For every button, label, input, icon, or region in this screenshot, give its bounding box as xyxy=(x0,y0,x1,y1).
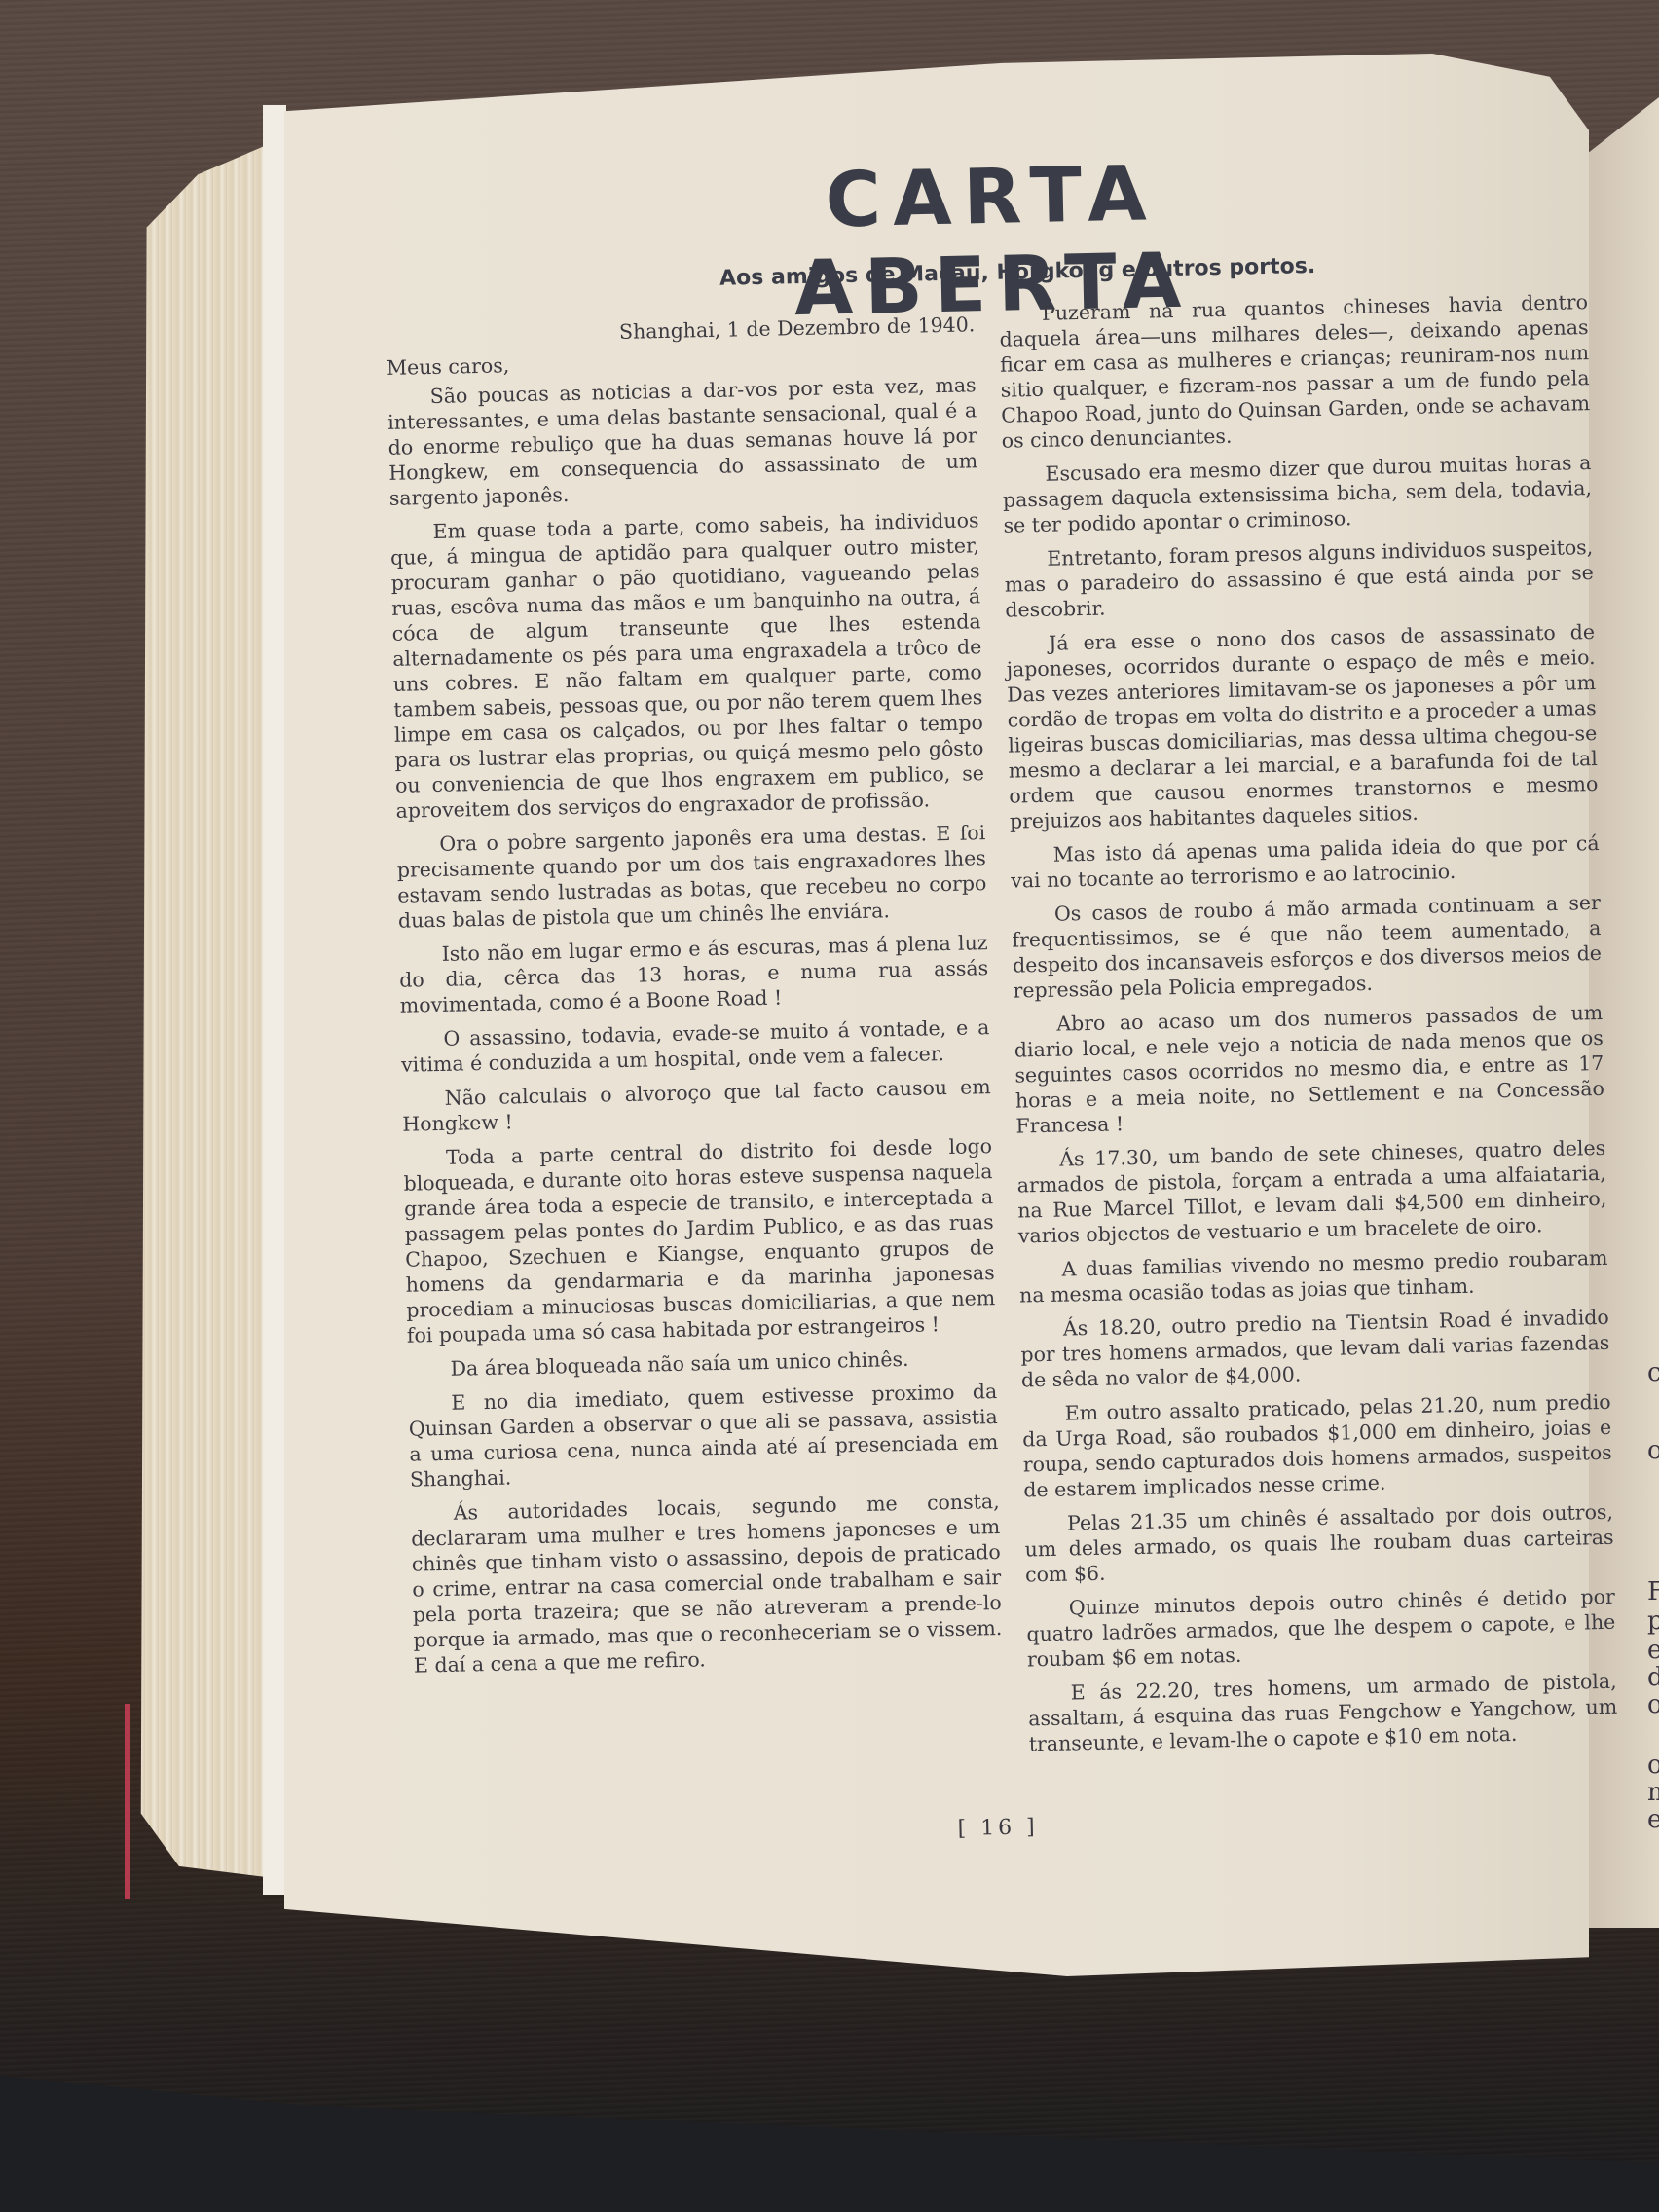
paragraph: Ás 18.20, outro predio na Tientsin Road … xyxy=(1020,1305,1611,1393)
paragraph: A duas familias vivendo no mesmo predio … xyxy=(1018,1245,1608,1309)
paragraph: E no dia imediato, quem estivesse proxim… xyxy=(408,1379,999,1493)
article: CARTA ABERTA Aos amigos de Macau, Horgko… xyxy=(382,114,1625,1872)
facing-page-fragment: o xyxy=(1647,1436,1659,1465)
paragraph: Abro ao acaso um dos numeros passados de… xyxy=(1014,1000,1605,1139)
facing-page-fragment: c xyxy=(1647,1358,1659,1387)
facing-page-fragment: d xyxy=(1647,1663,1659,1692)
facing-page-fragment: ob xyxy=(1647,1751,1659,1780)
paragraph: São poucas as noticias a dar-vos por est… xyxy=(387,372,978,511)
paragraph: Mas isto dá apenas uma palida ideia do q… xyxy=(1010,830,1600,894)
page-number: [ 16 ] xyxy=(957,1815,1039,1841)
paragraph: Ás 17.30, um bando de sete chineses, qua… xyxy=(1016,1135,1607,1249)
paragraph: O assassino, todavia, evade-se muito á v… xyxy=(400,1014,990,1078)
right-column: Puzeram na rua quantos chineses havia de… xyxy=(999,289,1618,1765)
paragraph: Em quase toda a parte, como sabeis, ha i… xyxy=(389,507,984,824)
facing-page-fragment: os xyxy=(1647,1690,1659,1719)
paragraph: Puzeram na rua quantos chineses havia de… xyxy=(999,289,1591,454)
left-column: Shanghai, 1 de Dezembro de 1940. Meus ca… xyxy=(386,312,1003,1686)
paragraph: Ás autoridades locais, segundo me consta… xyxy=(410,1489,1003,1678)
facing-page-fragment: en xyxy=(1647,1805,1659,1834)
paragraph: Em outro assalto praticado, pelas 21.20,… xyxy=(1021,1389,1612,1503)
facing-page-fragment: p xyxy=(1647,1606,1659,1636)
paragraph: Entretanto, foram presos alguns individu… xyxy=(1004,535,1595,623)
paragraph: Da área bloqueada não saía um unico chin… xyxy=(407,1345,996,1382)
paragraph: Já era esse o nono dos casos de assassin… xyxy=(1006,619,1599,834)
paragraph: Isto não em lugar ermo e ás escuras, mas… xyxy=(398,930,989,1018)
paragraph: Toda a parte central do distrito foi des… xyxy=(403,1133,996,1348)
paragraph: Quinze minutos depois outro chinês é det… xyxy=(1026,1584,1617,1673)
paragraph: E ás 22.20, tres homens, um armado de pi… xyxy=(1027,1669,1618,1757)
paragraph: Pelas 21.35 um chinês é assaltado por do… xyxy=(1024,1499,1615,1588)
page-gutter xyxy=(263,105,286,1895)
facing-page-fragment: ma xyxy=(1647,1778,1659,1807)
paragraph: Não calculais o alvoroço que tal facto c… xyxy=(402,1074,992,1137)
paragraph: Escusado era mesmo dizer que durou muita… xyxy=(1002,450,1593,538)
paragraph: Os casos de roubo á mão armada continuam… xyxy=(1012,890,1603,1004)
facing-page-fragment: F xyxy=(1647,1577,1659,1606)
dateline: Shanghai, 1 de Dezembro de 1940. xyxy=(386,312,975,350)
facing-page-fragment: e xyxy=(1647,1636,1659,1665)
book-cover-edge xyxy=(125,1704,130,1899)
paragraph: Ora o pobre sargento japonês era uma des… xyxy=(396,820,987,934)
